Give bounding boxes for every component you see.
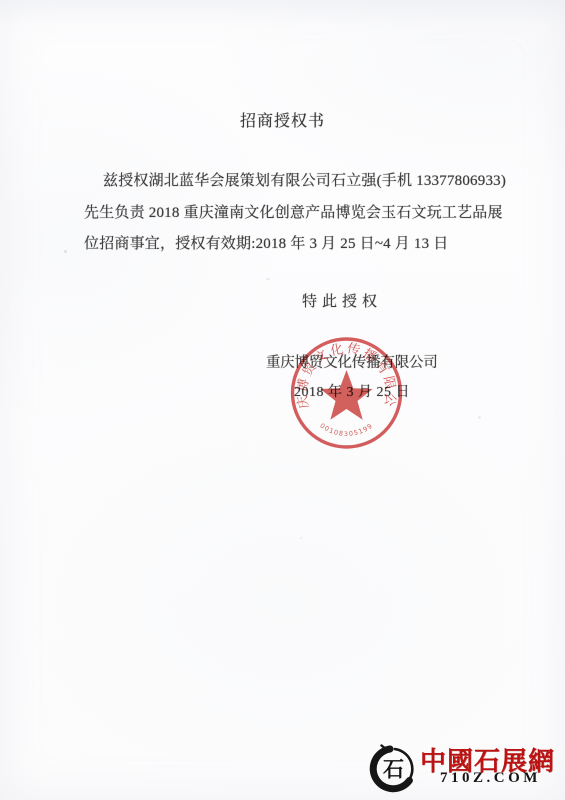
scan-speck [300,537,302,539]
watermark-site-url: 710Z.COM [440,770,541,787]
seal-star-icon [320,370,372,420]
closing-phrase: 特此授权 [302,290,382,311]
body-line-2: 先生负责 2018 重庆潼南文化创意产品博览会玉石文玩工艺品展 [84,198,514,230]
scan-speck [478,416,481,419]
body-line-1: 兹授权湖北蓝华会展策划有限公司石立强(手机 13377806933) [84,166,514,198]
site-watermark: 石 中國石展網 710Z.COM [366,740,565,800]
scanned-authorization-letter: 招商授权书 兹授权湖北蓝华会展策划有限公司石立强(手机 13377806933)… [0,0,565,800]
document-title: 招商授权书 [0,108,565,131]
body-line-3: 位招商事宜，授权有效期:2018 年 3 月 25 日~4 月 13 日 [84,229,514,261]
logo-stone-glyph: 石 [383,758,404,782]
stone-enso-logo-icon: 石 [368,744,418,794]
body-paragraph: 兹授权湖北蓝华会展策划有限公司石立强(手机 13377806933) 先生负责 … [84,166,514,261]
scan-speck [266,278,270,280]
company-seal-stamp: 重庆博贸文化传播有限公司 5001083051996 [289,336,404,451]
scan-speck [64,250,67,253]
